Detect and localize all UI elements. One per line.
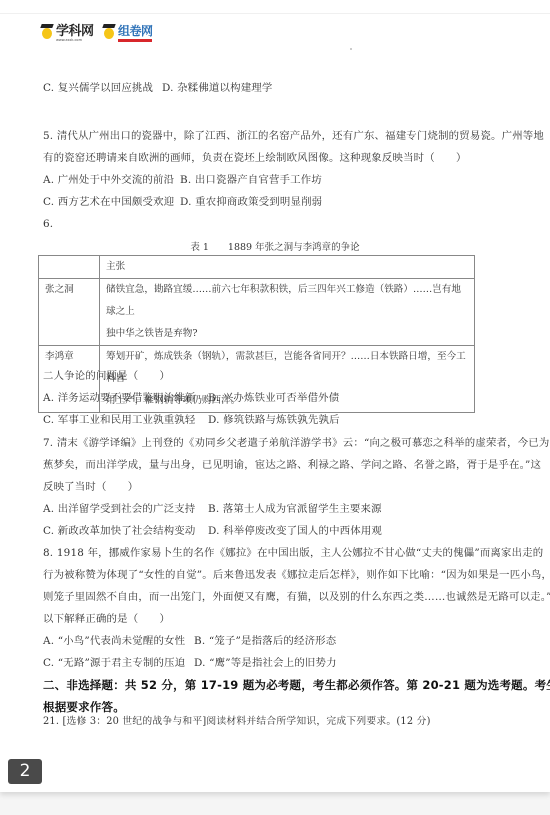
q7-option-c: C. 新政改革加快了社会结构变动 bbox=[43, 524, 195, 538]
q8-option-c: C. “无路”源于君主专制的压迫 bbox=[43, 656, 185, 670]
q6-number: 6. bbox=[43, 217, 53, 231]
table-header-blank bbox=[39, 256, 100, 279]
q6-option-c: C. 军事工业和民用工业孰重孰轻 bbox=[43, 413, 195, 427]
q8-stem-line4: 以下解释正确的是（ ） bbox=[43, 612, 170, 626]
q7-stem-line3: 反映了当时（ ） bbox=[43, 480, 138, 494]
q7-stem-line2: 蕉梦矣，而出洋学成，量与出身，已见明谕，宦达之路、利禄之路、学问之路、名誉之路，… bbox=[43, 458, 541, 472]
q21-stem: 21. [选修 3：20 世纪的战争与和平]阅读材料并结合所学知识，完成下列要求… bbox=[43, 715, 431, 729]
table-caption: 表 1 1889 年张之洞与李鸿章的争论 bbox=[0, 239, 550, 253]
q5-option-a: A. 广州处于中外交流的前沿 bbox=[43, 173, 174, 187]
table-header-claim: 主张 bbox=[100, 256, 475, 279]
logo2-bar bbox=[118, 39, 152, 42]
table-cell-name: 张之洞 bbox=[39, 279, 100, 346]
q6-option-a: A. 洋务运动要不要借鉴明治维新 bbox=[43, 391, 195, 405]
table-cell-claim: 储铁宜急，勘路宜缓……前六七年积款积铁，后三四年兴工修造（铁路）……岂有地球之上… bbox=[100, 279, 475, 346]
q8-stem-line1: 8. 1918 年，挪威作家易卜生的名作《娜拉》在中国出版，主人公娜拉不甘心做“… bbox=[43, 546, 543, 560]
q8-stem-line3: 则笼子里固然不自由，而一出笼门，外面便又有鹰，有猫，以及别的什么东西之类……也诚… bbox=[43, 590, 550, 604]
mascot-icon bbox=[102, 24, 116, 42]
claim-line: 储铁宜急，勘路宜缓……前六七年积款积铁，后三四年兴工修造（铁路）……岂有地球之上 bbox=[106, 279, 468, 323]
mascot-icon bbox=[40, 24, 54, 42]
table-row: 张之洞 储铁宜急，勘路宜缓……前六七年积款积铁，后三四年兴工修造（铁路）……岂有… bbox=[39, 279, 475, 346]
q8-stem-line2: 行为被称赞为体现了“女性的自觉”。后来鲁迅发表《娜拉走后怎样》，则作如下比喻：“… bbox=[43, 568, 550, 582]
q5-option-d: D. 重农抑商政策受到明显削弱 bbox=[180, 195, 322, 209]
logo2-name: 组卷网 bbox=[118, 25, 153, 38]
page-number-badge: 2 bbox=[8, 759, 42, 784]
q5-option-b: B. 出口瓷器产自官营手工作坊 bbox=[180, 173, 322, 187]
q6-stem: 二人争论的问题是（ ） bbox=[43, 369, 170, 383]
table-header-row: 主张 bbox=[39, 256, 475, 279]
q8-option-d: D. “鹰”等是指社会上的旧势力 bbox=[194, 656, 337, 670]
q4-option-c: C. 复兴儒学以回应挑战 bbox=[43, 81, 153, 95]
q5-stem-line1: 5. 清代从广州出口的瓷器中，除了江西、浙江的名窑产品外，还有广东、福建专门烧制… bbox=[43, 129, 544, 143]
zxxk-logo: 学科网 www.zxxk.com bbox=[40, 22, 94, 44]
q6-option-b: B. 兴办炼铁业可否举借外债 bbox=[208, 391, 339, 405]
q5-stem-line2: 有的瓷窑还聘请来自欧洲的画师，负责在瓷坯上绘制欧风图像。这种现象反映当时（ ） bbox=[43, 151, 467, 165]
q7-option-b: B. 落第士人成为官派留学生主要来源 bbox=[208, 502, 382, 516]
speck bbox=[350, 48, 352, 50]
document-page: 学科网 www.zxxk.com 组卷网 C. 复兴儒学以回应挑战 D. 杂糅佛… bbox=[0, 0, 550, 792]
q4-option-d: D. 杂糅佛道以构建理学 bbox=[162, 81, 272, 95]
q6-option-d: D. 修筑铁路与炼铁孰先孰后 bbox=[208, 413, 340, 427]
claim-line: 筹划开矿，炼成铁条（钢轨），需款甚巨，岂能各省同开？……日本铁路日增，至今工料皆 bbox=[106, 346, 468, 390]
top-divider bbox=[0, 13, 550, 14]
section2-heading-line2: 根据要求作答。 bbox=[43, 700, 125, 714]
debate-table: 主张 张之洞 储铁宜急，勘路宜缓……前六七年积款积铁，后三四年兴工修造（铁路）…… bbox=[38, 255, 475, 413]
zujuan-logo: 组卷网 bbox=[102, 22, 153, 44]
q5-option-c: C. 西方艺术在中国颇受欢迎 bbox=[43, 195, 174, 209]
q7-option-a: A. 出洋留学受到社会的广泛支持 bbox=[43, 502, 195, 516]
logo1-name: 学科网 bbox=[56, 25, 94, 38]
section2-heading-line1: 二、非选择题：共 52 分，第 17-19 题为必考题，考生都必须作答。第 20… bbox=[43, 678, 550, 692]
claim-line: 独中华之铁皆是弃物? bbox=[106, 323, 468, 345]
q7-stem-line1: 7. 清末《游学译编》上刊登的《劝同乡父老遣子弟航洋游学书》云：“向之极可慕恋之… bbox=[43, 436, 550, 450]
q8-option-b: B. “笼子”是指落后的经济形态 bbox=[194, 634, 336, 648]
q8-option-a: A. “小鸟”代表尚未觉醒的女性 bbox=[43, 634, 185, 648]
q7-option-d: D. 科举停废改变了国人的中西体用观 bbox=[208, 524, 382, 538]
